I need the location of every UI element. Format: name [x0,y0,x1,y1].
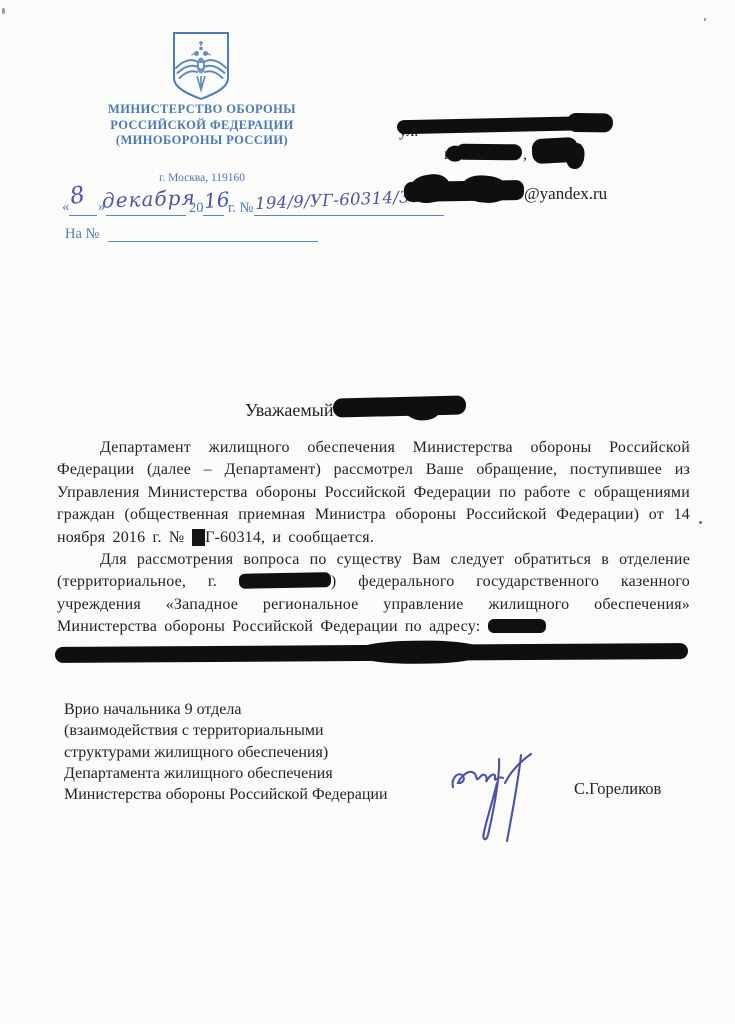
paragraph-2: Для рассмотрения вопроса по существу Вам… [57,549,690,639]
scanned-letter-page: МИНИСТЕРСТВО ОБОРОНЫ РОССИЙСКОЙ ФЕДЕРАЦИ… [0,0,735,1024]
addressee-email-domain: @yandex.ru [524,184,607,204]
reg-number-blank [254,215,444,216]
redaction-address-line [55,643,688,663]
scan-speck [2,8,5,14]
org-city-line: г. Москва, 119160 [102,172,302,184]
scan-speck [704,18,706,21]
reply-number-blank [108,241,318,242]
redaction-address-start [488,619,546,633]
org-line-1: МИНИСТЕРСТВО ОБОРОНЫ [102,102,302,118]
date-month-blank [106,215,186,216]
paragraph-1: Департамент жилищного обеспечения Минист… [57,437,690,549]
para1-text-post: Г-60314, и сообщается. [205,529,374,546]
signature-title-line: Департамента жилищного обеспечения [64,763,494,784]
ministry-emblem-icon [170,30,232,103]
organization-name: МИНИСТЕРСТВО ОБОРОНЫ РОССИЙСКОЙ ФЕДЕРАЦИ… [102,102,302,149]
para1-smudged-char: У [192,529,206,546]
redaction-inline-city [239,573,331,590]
redaction-email-local [404,180,524,202]
letter-body: Департамент жилищного обеспечения Минист… [57,437,690,661]
salutation: Уважаемый [245,400,334,421]
date-day-blank [69,215,97,216]
signature-title-line: (взаимодействия с территориальными [64,720,494,741]
signature-script [447,751,547,851]
date-century: 20 [189,200,204,217]
date-year-blank [203,215,224,216]
redaction-street [397,116,609,134]
redaction-city [456,144,522,161]
handwritten-year: 16 [203,187,230,213]
addressee-comma: , [523,146,527,164]
org-line-2: РОССИЙСКОЙ ФЕДЕРАЦИИ [102,118,302,134]
signature-title-line: Врио начальника 9 отдела [64,699,494,720]
signature-title-line: Министерства обороны Российской Федераци… [64,784,494,805]
handwritten-day: 8 [68,182,87,210]
date-open-quote: « [62,199,69,216]
org-line-3: (МИНОБОРОНЫ РОССИИ) [102,133,302,149]
redaction-addressee-name [333,395,466,417]
signature-block: Врио начальника 9 отдела (взаимодействия… [64,699,494,805]
handwritten-month: декабря [102,185,196,212]
date-number-label: г. № [228,200,253,217]
signature-title-line: структурами жилищного обеспечения) [64,742,494,763]
scan-speck [699,521,702,524]
redaction-postcode [531,137,578,164]
signer-name: С.Гореликов [574,779,661,799]
reply-number-label: На № [65,226,99,243]
